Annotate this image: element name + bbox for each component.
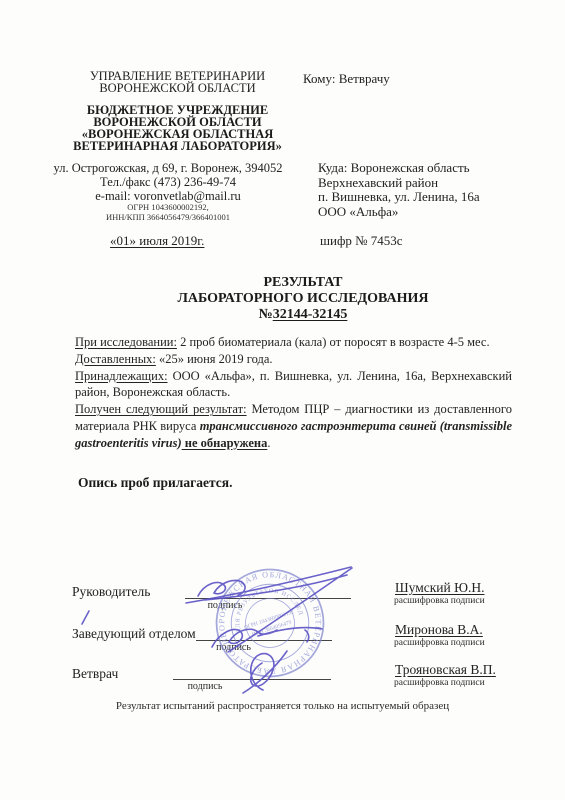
footer-disclaimer: Результат испытаний распространяется тол… [0, 700, 565, 712]
signature-name-caption: расшифровка подписи [394, 638, 485, 648]
signature-name-caption: расшифровка подписи [394, 678, 485, 688]
address-email: e-mail: voronvetlab@mail.ru [42, 189, 294, 203]
signature-name-director: Шумский Ю.Н. [395, 580, 484, 596]
signature-name-veterinarian: Трояновская В.П. [395, 662, 496, 678]
signature-name-head-of-department: Миронова В.А. [395, 622, 483, 638]
institution-name: БЮДЖЕТНОЕ УЧРЕЖДЕНИЕ ВОРОНЕЖСКОЙ ОБЛАСТИ… [50, 104, 305, 152]
title-number: №32144-32145 [78, 307, 528, 323]
address-phone: Тел./факс (473) 236-49-74 [42, 175, 294, 189]
document-title: РЕЗУЛЬТАТ ЛАБОРАТОРНОГО ИССЛЕДОВАНИЯ №32… [78, 275, 528, 323]
paragraph-belonging: Принадлежащих: ООО «Альфа», п. Вишневка,… [75, 368, 512, 402]
signature-role-director: Руководитель [72, 584, 150, 600]
title-line-1: РЕЗУЛЬТАТ [78, 275, 528, 291]
address-street: ул. Острогожская, д 69, г. Воронеж, 3940… [42, 161, 294, 175]
recipient-to: Кому: Ветврачу [303, 71, 390, 87]
signature-role-veterinarian: Ветврач [72, 666, 118, 682]
stray-pen-mark [82, 611, 89, 624]
address-inn: ИНН/КПП 3664056479/366401001 [42, 213, 294, 223]
recipient-address: Куда: Воронежская область Верхнехавский … [318, 161, 480, 219]
paragraph-research: При исследовании: 2 проб биоматериала (к… [75, 334, 512, 351]
title-line-2: ЛАБОРАТОРНОГО ИССЛЕДОВАНИЯ [78, 291, 528, 307]
signature-caption: подпись [165, 681, 245, 692]
cipher-number: шифр № 7453с [320, 233, 403, 249]
signature-name-caption: расшифровка подписи [394, 596, 485, 606]
document-date: «01» июля 2019г. [110, 233, 204, 249]
document-page: УПРАВЛЕНИЕ ВЕТЕРИНАРИИ ВОРОНЕЖСКОЙ ОБЛАС… [0, 0, 565, 800]
paragraph-result: Получен следующий результат: Методом ПЦР… [75, 401, 512, 451]
attachment-note: Опись проб прилагается. [78, 475, 232, 491]
signature-role-head-of-department: Заведующий отделом [72, 626, 196, 642]
institution-contacts: ул. Острогожская, д 69, г. Воронеж, 3940… [42, 161, 294, 222]
managing-authority: УПРАВЛЕНИЕ ВЕТЕРИНАРИИ ВОРОНЕЖСКОЙ ОБЛАС… [50, 70, 305, 94]
laboratory-round-stamp-icon: ВОРОНЕЖСКАЯ ОБЛАСТНАЯ ВЕТЕРИНАРНАЯ ЛАБОР… [214, 567, 326, 679]
signature-line [173, 679, 331, 680]
paragraph-delivered: Доставленных: «25» июня 2019 года. [75, 351, 512, 368]
document-body: При исследовании: 2 проб биоматериала (к… [75, 334, 512, 452]
